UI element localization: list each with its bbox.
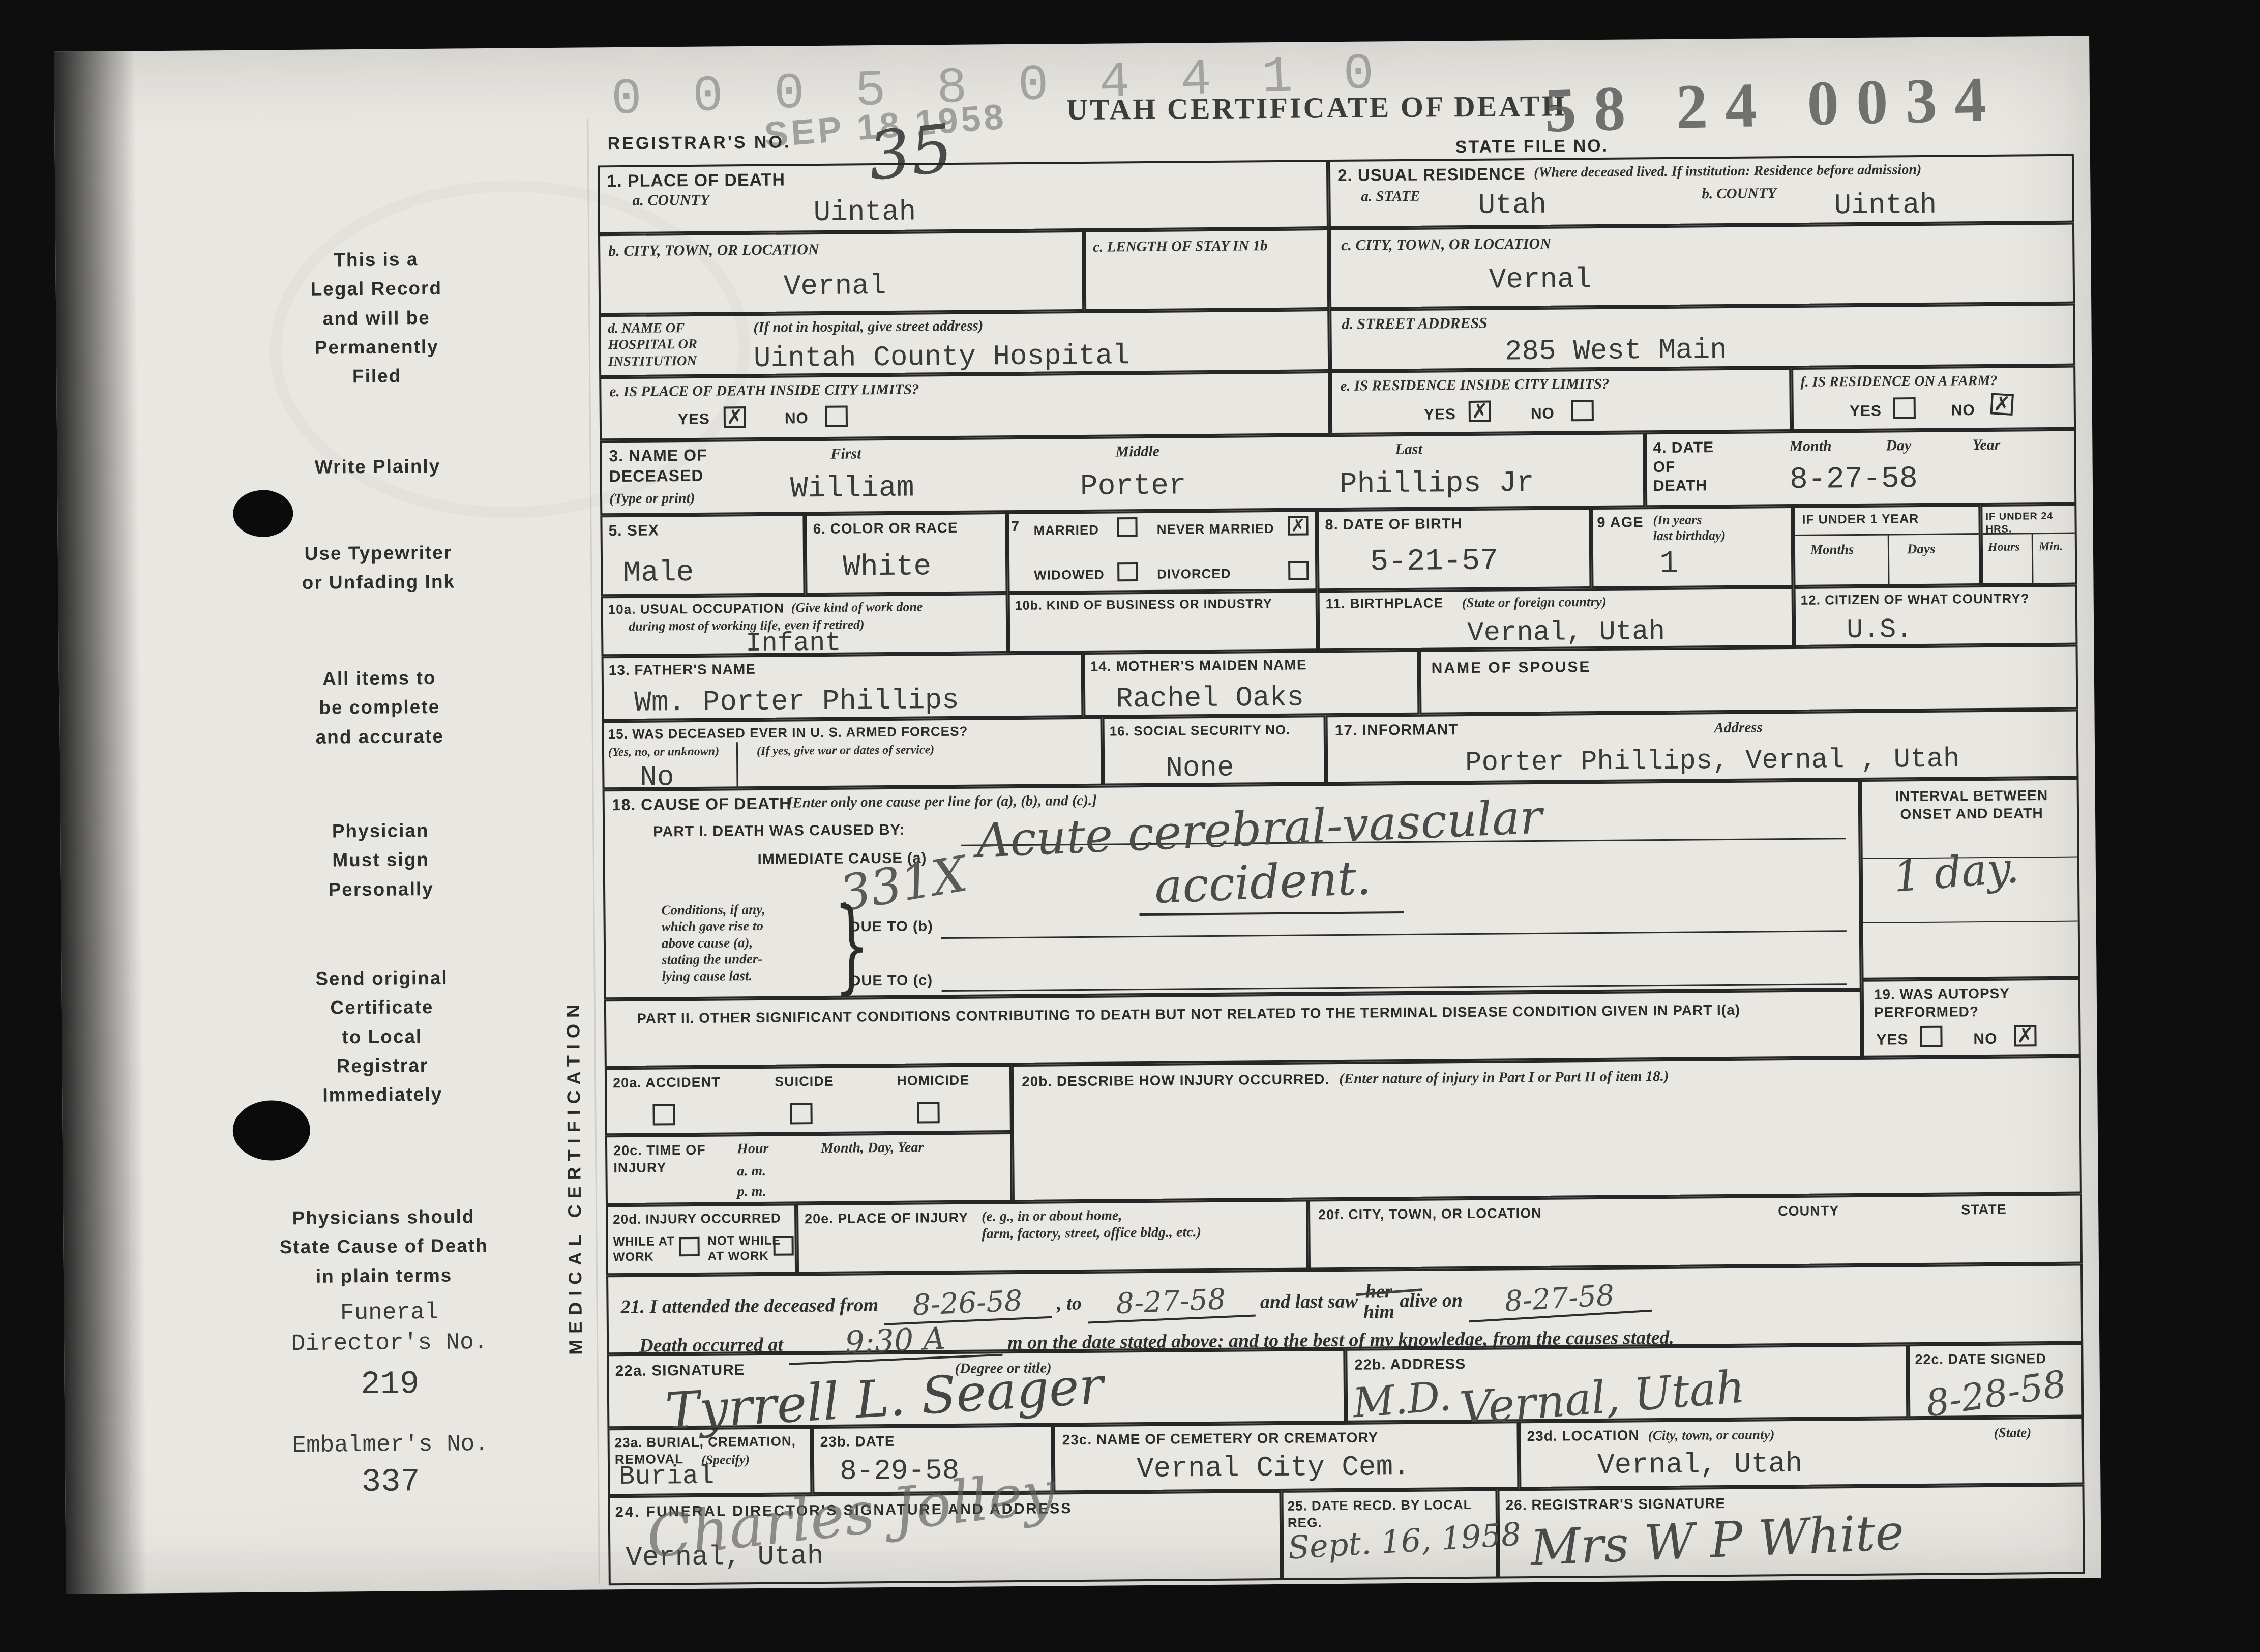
residence-farm-yes-checkbox xyxy=(1893,397,1916,419)
cell-injury-city: 20f. CITY, TOWN, OR LOCATION COUNTY STAT… xyxy=(1308,1194,2083,1270)
sex-value: Male xyxy=(623,556,694,590)
funeral-director-no-value: 219 xyxy=(217,1365,563,1404)
death-city-limits-yes-label: YES xyxy=(678,410,710,429)
registrar-signature-label: 26. REGISTRAR'S SIGNATURE xyxy=(1506,1494,1726,1514)
cell-color-race: 6. COLOR OR RACE White xyxy=(805,512,1007,595)
stamp-state-file-number: 58 24 0034 xyxy=(1543,63,2004,147)
residence-farm-yes-label: YES xyxy=(1850,402,1882,421)
cell-sex: 5. SEX Male xyxy=(600,514,805,596)
informant-value: Porter Phillips, Vernal , Utah xyxy=(1465,744,1960,779)
married-checkbox xyxy=(1117,517,1137,537)
cell-physician-signature: 22a. SIGNATURE (Degree or title) Tyrrell… xyxy=(607,1349,1346,1428)
usual-residence-hint: (Where deceased lived. If institution: R… xyxy=(1534,161,1921,182)
mother-name-value: Rachel Oaks xyxy=(1116,681,1304,715)
physician-degree-handwriting: M.D. xyxy=(1351,1372,1453,1427)
cell-death-city-limits: e. IS PLACE OF DEATH INSIDE CITY LIMITS?… xyxy=(599,371,1330,440)
armed-forces-label: 15. WAS DECEASED EVER IN U. S. ARMED FOR… xyxy=(608,723,968,743)
cell-funeral-director: 24. FUNERAL DIRECTOR'S SIGNATURE AND ADD… xyxy=(608,1491,1282,1585)
embalmer-no-label: Embalmer's No. xyxy=(207,1430,573,1460)
burial-location-hint: (City, town, or county) xyxy=(1648,1426,1774,1443)
part1-label: PART I. DEATH WAS CAUSED BY: xyxy=(653,821,905,841)
funeral-director-no-label: Funeral Director's No. xyxy=(216,1296,562,1360)
months-header: Months xyxy=(1810,541,1854,558)
spouse-name-label: NAME OF SPOUSE xyxy=(1432,658,1591,678)
cell-age: 9 AGE (In years last birthday) 1 xyxy=(1591,506,1793,588)
citizen-value: U.S. xyxy=(1847,614,1913,646)
accident-checkbox xyxy=(652,1104,675,1125)
cell-informant: 17. INFORMANT Address Porter Phillips, V… xyxy=(1325,710,2078,784)
father-name-label: 13. FATHER'S NAME xyxy=(609,660,756,679)
date-of-death-value: 8-27-58 xyxy=(1790,462,1918,497)
hours-header: Hours xyxy=(1988,540,2020,554)
cell-registrar-signature: 26. REGISTRAR'S SIGNATURE Mrs W P White xyxy=(1497,1484,2085,1578)
cell-injury-occurred: 20d. INJURY OCCURRED WHILE AT WORK NOT W… xyxy=(606,1203,797,1275)
cell-occupation: 10a. USUAL OCCUPATION (Give kind of work… xyxy=(601,593,1008,656)
state-file-label: STATE FILE NO. xyxy=(1455,135,1609,158)
burial-location-value: Vernal, Utah xyxy=(1597,1448,1803,1482)
cell-father-name: 13. FATHER'S NAME Wm. Porter Phillips xyxy=(602,653,1084,721)
sex-label: 5. SEX xyxy=(608,521,659,540)
age-label: 9 AGE xyxy=(1597,513,1643,532)
cell-length-of-stay: c. LENGTH OF STAY IN 1b xyxy=(1084,228,1329,311)
cause-line-a2-handwriting: accident. xyxy=(1153,850,1372,914)
cell-residence-farm: f. IS RESIDENCE ON A FARM? YES NO ✗ xyxy=(1791,366,2076,431)
ssn-value: None xyxy=(1166,752,1234,785)
date-of-death-year-header: Year xyxy=(1972,436,2000,454)
cell-death-city: b. CITY, TOWN, OR LOCATION Vernal xyxy=(598,230,1084,315)
physician-address-label: 22b. ADDRESS xyxy=(1354,1355,1466,1374)
cell-cause-of-death: 18. CAUSE OF DEATH [Enter only one cause… xyxy=(603,780,1862,999)
margin-note-plain-terms: Physicians should State Cause of Death i… xyxy=(180,1201,587,1292)
cell-if-under-24-hrs: IF UNDER 24 HRS. Hours Min. xyxy=(1980,504,2077,585)
cell-accident-suicide-homicide: 20a. ACCIDENT SUICIDE HOMICIDE xyxy=(605,1065,1012,1135)
date-of-birth-value: 5-21-57 xyxy=(1370,544,1499,579)
never-married-checkbox: ✗ xyxy=(1288,516,1308,535)
pm-label: p. m. xyxy=(737,1183,766,1200)
date-of-birth-label: 8. DATE OF BIRTH xyxy=(1325,515,1462,534)
cell-cemetery: 23c. NAME OF CEMETERY OR CREMATORY Verna… xyxy=(1053,1421,1519,1492)
date-signed-label: 22c. DATE SIGNED xyxy=(1915,1350,2046,1369)
residence-farm-no-checkbox: ✗ xyxy=(1990,393,2014,416)
cell-spouse-name: NAME OF SPOUSE xyxy=(1419,645,2078,715)
certificate-scan: 0 0 0 5 8 0 4 4 1 0 SEP 18 1958 35 REGIS… xyxy=(54,36,2101,1594)
ssn-label: 16. SOCIAL SECURITY NO. xyxy=(1110,722,1291,740)
cell-date-of-death: 4. DATE OF DEATH Month Day Year 8-27-58 xyxy=(1645,429,2076,508)
color-race-label: 6. COLOR OR RACE xyxy=(813,519,958,538)
attended-text-4: alive on xyxy=(1400,1290,1463,1312)
min-header: Min. xyxy=(2039,540,2063,554)
occupation-label: 10a. USUAL OCCUPATION xyxy=(608,600,784,618)
homicide-checkbox xyxy=(917,1102,939,1123)
due-to-c-label: DUE TO (c) xyxy=(850,971,933,990)
residence-city-limits-no-label: NO xyxy=(1531,404,1555,424)
place-of-injury-label: 20e. PLACE OF INJURY xyxy=(805,1209,968,1228)
burial-location-state-hint: (State) xyxy=(1994,1424,2031,1441)
cell-armed-forces: 15. WAS DECEASED EVER IN U. S. ARMED FOR… xyxy=(602,717,1103,790)
under-1-year-label: IF UNDER 1 YEAR xyxy=(1802,511,1919,528)
cell-date-received: 25. DATE RECD. BY LOCAL REG. Sept. 16, 1… xyxy=(1281,1489,1498,1580)
attended-text-3: and last saw xyxy=(1260,1290,1358,1313)
injury-city-label: 20f. CITY, TOWN, OR LOCATION xyxy=(1318,1205,1542,1224)
margin-note-physician-sign: Physician Must sign Personally xyxy=(177,815,584,905)
cell-if-under-1-year: IF UNDER 1 YEAR Months Days xyxy=(1793,505,1981,587)
street-address-label: d. STREET ADDRESS xyxy=(1342,314,1488,334)
embalmer-no-value: 337 xyxy=(218,1463,564,1502)
autopsy-no-checkbox: ✗ xyxy=(2014,1025,2036,1046)
due-to-b-label: DUE TO (b) xyxy=(850,917,933,936)
occupation-hint1: (Give kind of work done xyxy=(791,599,923,615)
cemetery-label: 23c. NAME OF CEMETERY OR CREMATORY xyxy=(1062,1428,1379,1449)
residence-city-value: Vernal xyxy=(1489,263,1592,297)
birthplace-hint: (State or foreign country) xyxy=(1462,594,1607,611)
cell-place-of-injury: 20e. PLACE OF INJURY (e. g., in or about… xyxy=(796,1199,1309,1274)
cause-of-death-hint: [Enter only one cause per line for (a), … xyxy=(788,792,1097,812)
cell-name-of-deceased: 3. NAME OF DECEASED (Type or print) Firs… xyxy=(600,432,1645,515)
cell-usual-residence-state-county: 2. USUAL RESIDENCE (Where deceased lived… xyxy=(1328,154,2074,229)
burial-type-value: Burial xyxy=(619,1461,715,1492)
place-of-death-header: 1. PLACE OF DEATH xyxy=(607,169,785,192)
describe-injury-hint: (Enter nature of injury in Part I or Par… xyxy=(1339,1068,1669,1088)
margin-note-write-plainly: Write Plainly xyxy=(174,451,581,483)
residence-farm-no-label: NO xyxy=(1951,401,1975,420)
cell-street-address: d. STREET ADDRESS 285 West Main xyxy=(1329,304,2075,372)
attended-text-2: , to xyxy=(1057,1293,1082,1314)
burial-date-label: 23b. DATE xyxy=(820,1432,895,1451)
widowed-checkbox xyxy=(1117,562,1138,581)
not-while-at-work-label: NOT WHILE AT WORK xyxy=(707,1233,781,1264)
cell-mother-name: 14. MOTHER'S MAIDEN NAME Rachel Oaks xyxy=(1083,650,1419,717)
her-struck: her xyxy=(1365,1280,1392,1304)
cell-date-signed: 22c. DATE SIGNED 8-28-58 xyxy=(1908,1343,2084,1419)
marital-number: 7 xyxy=(1011,517,1020,535)
cell-interval-onset-death: INTERVAL BETWEEN ONSET AND DEATH 1 day. xyxy=(1860,778,2080,980)
cause-of-death-header: 18. CAUSE OF DEATH xyxy=(612,793,792,815)
am-label: a. m. xyxy=(737,1163,766,1180)
burial-location-label: 23d. LOCATION xyxy=(1527,1426,1639,1445)
margin-note-legal-record: This is a Legal Record and will be Perma… xyxy=(172,244,580,393)
her-him-block: herhim xyxy=(1363,1280,1394,1324)
days-header: Days xyxy=(1907,541,1936,557)
binding-shadow xyxy=(54,51,147,1594)
residence-city-limits-label: e. IS RESIDENCE INSIDE CITY LIMITS? xyxy=(1340,375,1609,395)
cell-burial-location: 23d. LOCATION (City, town, or county) (S… xyxy=(1519,1417,2084,1489)
suicide-checkbox xyxy=(790,1103,812,1124)
cell-citizen: 12. CITIZEN OF WHAT COUNTRY? U.S. xyxy=(1794,585,2078,647)
residence-city-limits-yes-checkbox: ✗ xyxy=(1469,401,1491,422)
cell-marital-status: 7 MARRIED NEVER MARRIED ✗ WIDOWED DIVORC… xyxy=(1007,510,1317,593)
date-of-death-label: 4. DATE OF DEATH xyxy=(1653,438,1714,495)
margin-note-complete: All items to be complete and accurate xyxy=(176,662,583,753)
residence-state-label: a. STATE xyxy=(1361,188,1420,206)
divorced-label: DIVORCED xyxy=(1157,566,1231,583)
county-label: a. COUNTY xyxy=(632,191,709,210)
hospital-label: d. NAME OF HOSPITAL OR INSTITUTION xyxy=(608,319,697,370)
color-race-value: White xyxy=(843,550,932,584)
cell-physician-address: 22b. ADDRESS M.D. Vernal, Utah xyxy=(1345,1344,1908,1423)
cell-residence-city: c. CITY, TOWN, OR LOCATION Vernal xyxy=(1329,223,2075,310)
injury-occurred-label: 20d. INJURY OCCURRED xyxy=(613,1210,781,1228)
death-city-value: Vernal xyxy=(784,270,886,303)
part2-label: PART II. OTHER SIGNIFICANT CONDITIONS CO… xyxy=(637,1000,1827,1027)
name-last-value: Phillips Jr xyxy=(1340,467,1534,501)
father-name-value: Wm. Porter Phillips xyxy=(634,684,959,719)
date-signed-handwriting: 8-28-58 xyxy=(1923,1362,2069,1425)
birthplace-label: 11. BIRTHPLACE xyxy=(1326,595,1444,613)
last-seen-date: 8-27-58 xyxy=(1467,1276,1652,1322)
suicide-label: SUICIDE xyxy=(775,1073,834,1091)
death-city-limits-yes-checkbox: ✗ xyxy=(724,406,746,428)
date-of-death-month-header: Month xyxy=(1789,437,1832,456)
name-first-header: First xyxy=(830,445,861,463)
death-city-limits-label: e. IS PLACE OF DEATH INSIDE CITY LIMITS? xyxy=(609,380,919,401)
name-middle-header: Middle xyxy=(1115,442,1159,461)
not-while-at-work-checkbox xyxy=(773,1236,793,1255)
place-of-injury-hint: (e. g., in or about home, farm, factory,… xyxy=(982,1206,1201,1243)
accident-label: 20a. ACCIDENT xyxy=(613,1074,721,1092)
divorced-checkbox xyxy=(1288,560,1309,580)
cell-hospital: d. NAME OF HOSPITAL OR INSTITUTION (If n… xyxy=(599,309,1330,377)
month-day-year-header: Month, Day, Year xyxy=(821,1139,924,1157)
date-of-death-day-header: Day xyxy=(1886,436,1911,455)
time-of-injury-label: 20c. TIME OF INJURY xyxy=(613,1142,706,1177)
birthplace-value: Vernal, Utah xyxy=(1467,616,1665,649)
margin-note-send-original: Send original Certificate to Local Regis… xyxy=(178,962,586,1111)
cell-part2: PART II. OTHER SIGNIFICANT CONDITIONS CO… xyxy=(604,990,1862,1068)
residence-county-label: b. COUNTY xyxy=(1702,185,1776,203)
age-value: 1 xyxy=(1659,546,1679,582)
armed-forces-hint1: (Yes, no, or unknown) xyxy=(608,745,719,760)
residence-state-value: Utah xyxy=(1478,189,1547,222)
married-label: MARRIED xyxy=(1033,522,1099,539)
cell-time-of-injury: 20c. TIME OF INJURY Hour Month, Day, Yea… xyxy=(605,1132,1013,1205)
residence-farm-label: f. IS RESIDENCE ON A FARM? xyxy=(1800,372,1997,391)
name-label: 3. NAME OF DECEASED xyxy=(609,445,707,487)
never-married-label: NEVER MARRIED xyxy=(1156,520,1274,538)
cell-attended-statement: 21. I attended the deceased from 8-26-58… xyxy=(606,1264,2083,1355)
death-city-label: b. CITY, TOWN, OR LOCATION xyxy=(608,241,819,260)
business-industry-label: 10b. KIND OF BUSINESS OR INDUSTRY xyxy=(1015,596,1272,614)
autopsy-yes-label: YES xyxy=(1876,1030,1908,1049)
describe-injury-label: 20b. DESCRIBE HOW INJURY OCCURRED. xyxy=(1022,1070,1329,1090)
interval-value-handwriting: 1 day. xyxy=(1892,842,2021,902)
hospital-hint: (If not in hospital, give street address… xyxy=(753,317,983,336)
cell-describe-injury: 20b. DESCRIBE HOW INJURY OCCURRED. (Ente… xyxy=(1012,1056,2082,1202)
county-value: Uintah xyxy=(813,195,916,229)
attended-from-date: 8-26-58 xyxy=(883,1283,1052,1325)
usual-residence-header: 2. USUAL RESIDENCE xyxy=(1337,163,1526,186)
informant-address-header: Address xyxy=(1714,719,1763,737)
residence-city-limits-yes-label: YES xyxy=(1424,405,1456,424)
injury-county-header: COUNTY xyxy=(1778,1202,1839,1220)
autopsy-no-label: NO xyxy=(1973,1029,1997,1049)
registrar-signature-handwriting: Mrs W P White xyxy=(1529,1504,1905,1577)
mother-name-label: 14. MOTHER'S MAIDEN NAME xyxy=(1090,656,1307,675)
injury-state-header: STATE xyxy=(1961,1201,2007,1219)
autopsy-label: 19. WAS AUTOPSY PERFORMED? xyxy=(1874,985,2010,1021)
name-middle-value: Porter xyxy=(1080,469,1186,504)
conditions-note: Conditions, if any, which gave rise to a… xyxy=(661,901,766,985)
cell-autopsy: 19. WAS AUTOPSY PERFORMED? YES NO ✗ xyxy=(1862,978,2081,1058)
cell-ssn: 16. SOCIAL SECURITY NO. None xyxy=(1102,715,1326,785)
name-first-value: William xyxy=(790,472,914,506)
death-city-limits-no-label: NO xyxy=(785,409,809,428)
informant-label: 17. INFORMANT xyxy=(1335,720,1459,740)
name-last-header: Last xyxy=(1395,440,1422,459)
length-of-stay-label: c. LENGTH OF STAY IN 1b xyxy=(1093,237,1267,256)
cell-place-of-death-county: 1. PLACE OF DEATH a. COUNTY Uintah xyxy=(598,160,1329,234)
cell-burial-type: 23a. BURIAL, CREMATION, REMOVAL (Specify… xyxy=(607,1427,812,1496)
homicide-label: HOMICIDE xyxy=(897,1072,969,1090)
age-hint: (In years last birthday) xyxy=(1653,512,1726,544)
while-at-work-checkbox xyxy=(679,1237,699,1256)
hour-header: Hour xyxy=(737,1140,769,1158)
cell-business-industry: 10b. KIND OF BUSINESS OR INDUSTRY xyxy=(1008,591,1318,653)
medical-certification-vertical-label: MEDICAL CERTIFICATION xyxy=(561,795,587,1355)
street-address-value: 285 West Main xyxy=(1505,334,1727,368)
autopsy-yes-checkbox xyxy=(1920,1026,1942,1047)
registrar-number-label: REGISTRAR'S NO. xyxy=(607,131,791,154)
cell-birthplace: 11. BIRTHPLACE (State or foreign country… xyxy=(1318,587,1794,651)
cell-residence-city-limits: e. IS RESIDENCE INSIDE CITY LIMITS? YES … xyxy=(1330,368,1792,435)
cell-date-of-birth: 8. DATE OF BIRTH 5-21-57 xyxy=(1317,508,1591,591)
attended-text-1: 21. I attended the deceased from xyxy=(620,1294,878,1318)
residence-city-limits-no-checkbox xyxy=(1571,400,1594,421)
attended-to-date: 8-27-58 xyxy=(1086,1281,1256,1323)
name-hint: (Type or print) xyxy=(609,490,695,508)
punch-hole-top xyxy=(233,490,293,537)
hospital-value: Uintah County Hospital xyxy=(754,339,1130,375)
armed-forces-hint2: (If yes, give war or dates of service) xyxy=(757,743,934,759)
residence-county-value: Uintah xyxy=(1834,189,1937,222)
citizen-label: 12. CITIZEN OF WHAT COUNTRY? xyxy=(1801,590,2030,608)
certificate-title: UTAH CERTIFICATE OF DEATH xyxy=(1066,88,1567,127)
margin-note-typewriter: Use Typewriter or Unfading Ink xyxy=(175,537,582,599)
cemetery-value: Vernal City Cem. xyxy=(1137,1451,1410,1485)
interval-label: INTERVAL BETWEEN ONSET AND DEATH xyxy=(1878,786,2066,823)
widowed-label: WIDOWED xyxy=(1034,567,1105,584)
residence-city-label: c. CITY, TOWN, OR LOCATION xyxy=(1341,235,1551,255)
death-city-limits-no-checkbox xyxy=(825,406,848,427)
while-at-work-label: WHILE AT WORK xyxy=(613,1234,675,1265)
